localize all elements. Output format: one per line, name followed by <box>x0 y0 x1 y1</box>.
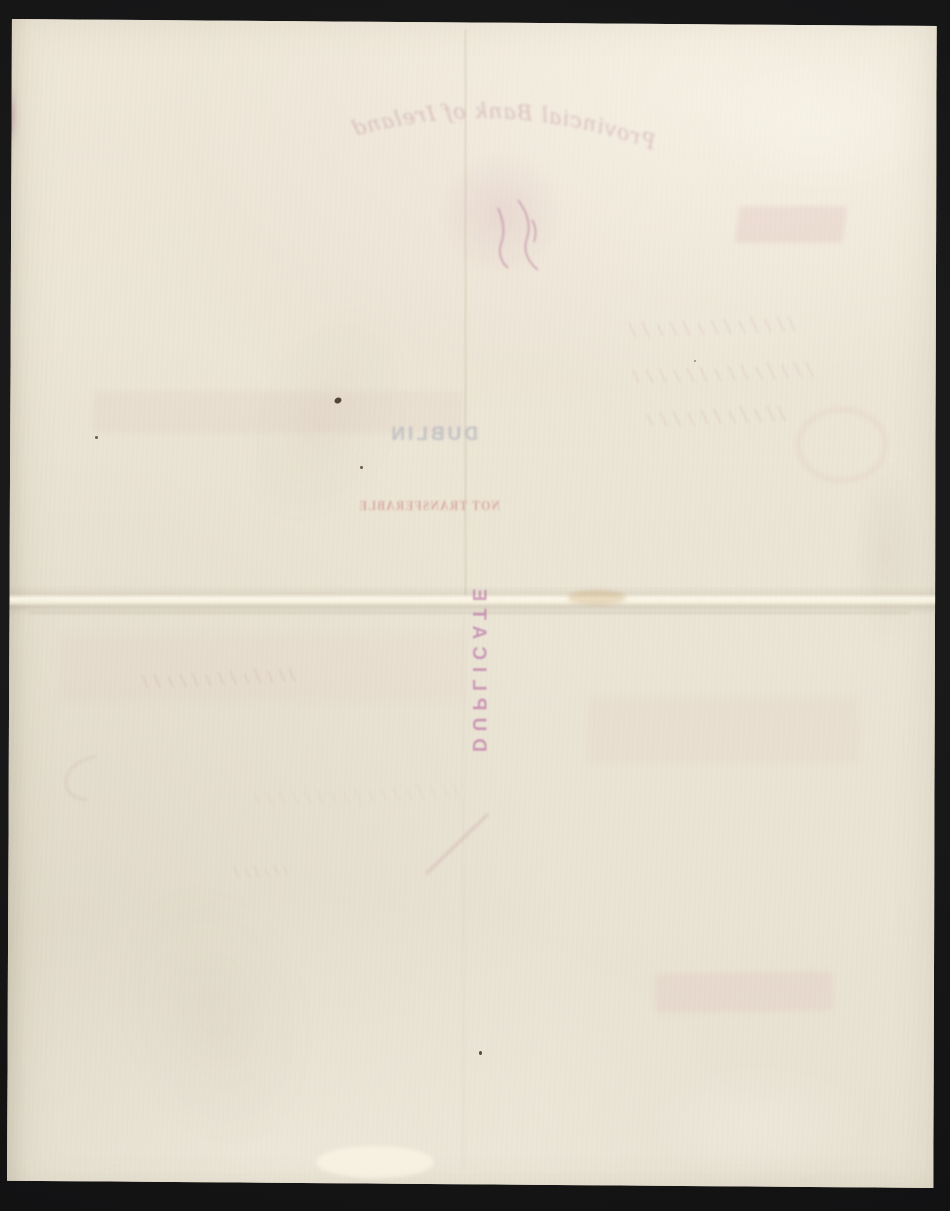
pink-patch-lower-right <box>588 697 860 763</box>
pink-patch-top-right <box>734 206 847 243</box>
wrinkle-shadow <box>852 460 922 650</box>
edge-ink-smudge-small <box>0 148 22 182</box>
paper-speck <box>694 360 696 362</box>
faint-handwriting-ghost <box>175 768 465 808</box>
red-stamp-line-ghost: NOT TRANSFERABLE <box>360 498 500 520</box>
bottom-edge-chip <box>316 1146 434 1178</box>
wrinkle-highlight <box>690 50 950 200</box>
diagonal-stroke-ghost <box>418 808 496 880</box>
document-paper: Provincial Bank of Ireland <box>0 0 950 1211</box>
svg-text:Provincial Bank of Ireland: Provincial Bank of Ireland <box>349 99 660 155</box>
edge-ink-smudge <box>0 82 34 150</box>
curved-mark-ghost <box>52 748 108 806</box>
wrinkle-shadow <box>88 860 341 1170</box>
duplicate-stamp-ghost: DUPLICATE <box>459 567 489 752</box>
place-name-ghost: DUBLIN <box>378 424 478 446</box>
photo-backdrop: Provincial Bank of Ireland <box>0 0 950 1211</box>
pink-patch-bottom-right <box>655 970 834 1013</box>
fold-crease-tan-spot <box>568 590 626 605</box>
paper-speck <box>360 466 363 469</box>
wrinkle-highlight <box>640 1060 880 1190</box>
emblem-strokes-ghost <box>486 194 556 278</box>
tiny-script-ghost <box>220 854 292 884</box>
lower-handwriting-ghost <box>88 648 303 696</box>
paper-speck <box>95 436 98 439</box>
upper-handwriting-ghost <box>545 295 825 445</box>
paper-speck <box>479 1051 482 1055</box>
arched-heading-text: Provincial Bank of Ireland <box>349 99 660 155</box>
